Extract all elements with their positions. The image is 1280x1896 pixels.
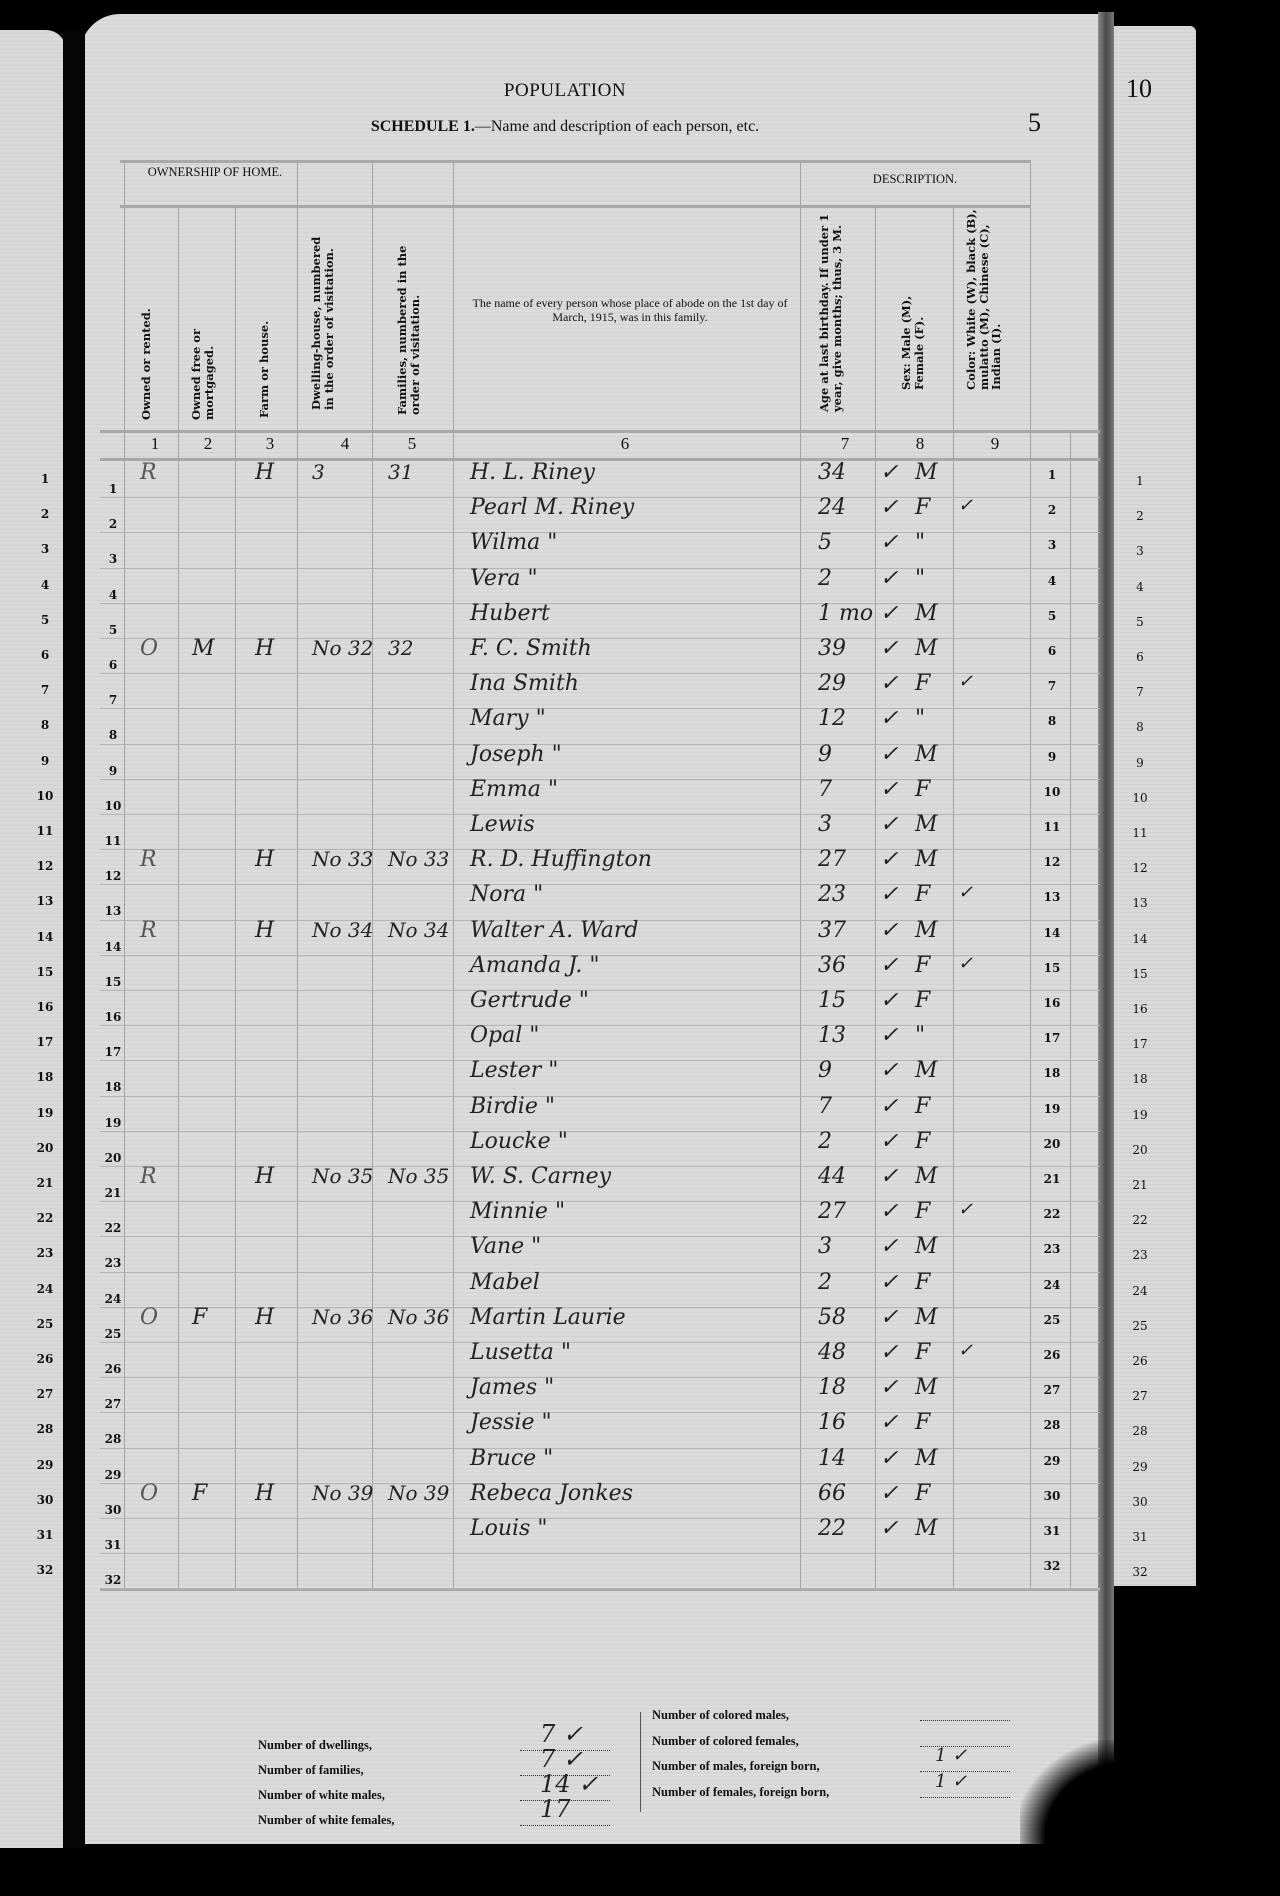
row-rule bbox=[100, 638, 1100, 639]
person-name-cell: W. S. Carney bbox=[470, 1164, 611, 1189]
tally-check-icon: ✓ bbox=[880, 1058, 898, 1083]
row-rule bbox=[100, 1342, 1100, 1343]
row-rule bbox=[100, 1025, 1100, 1026]
next-page-number: 10 bbox=[1126, 74, 1152, 104]
col7-header: Age at last birthday. If under 1 year, g… bbox=[818, 212, 843, 412]
color-cell: ✓ bbox=[958, 1199, 973, 1220]
line-number-right: 19 bbox=[1037, 1102, 1067, 1116]
owned-rented-cell: O bbox=[140, 636, 158, 661]
col-number: 9 bbox=[980, 434, 1010, 454]
col4-header: Dwelling-house, numbered in the order of… bbox=[310, 235, 335, 410]
col-number: 1 bbox=[140, 434, 170, 454]
line-number-left: 29 bbox=[98, 1468, 128, 1482]
line-number-left: 28 bbox=[98, 1432, 128, 1446]
age-cell: 1 mo bbox=[818, 601, 873, 626]
summary-value: 17 bbox=[540, 1795, 571, 1823]
left-page-line-number: 12 bbox=[30, 859, 60, 873]
left-page-line-number: 23 bbox=[30, 1246, 60, 1260]
owned-rented-cell: R bbox=[140, 847, 157, 872]
col3-header: Farm or house. bbox=[258, 218, 271, 418]
tally-check-icon: ✓ bbox=[880, 1129, 898, 1154]
dwelling-number-cell: 3 bbox=[312, 460, 325, 484]
person-name-cell: Gertrude " bbox=[470, 988, 589, 1013]
sex-cell: M bbox=[915, 636, 938, 661]
sex-cell: M bbox=[915, 1305, 938, 1330]
sex-cell: M bbox=[915, 460, 938, 485]
summary-divider bbox=[640, 1712, 641, 1812]
person-name-cell: R. D. Huffington bbox=[470, 847, 652, 872]
summary-label: Number of males, foreign born, bbox=[652, 1759, 820, 1774]
summary-label: Number of dwellings, bbox=[258, 1738, 372, 1753]
tally-check-icon: ✓ bbox=[880, 1270, 898, 1295]
left-page-line-number: 16 bbox=[30, 1000, 60, 1014]
line-number-left: 18 bbox=[98, 1080, 128, 1094]
sex-cell: F bbox=[915, 1410, 930, 1435]
age-cell: 2 bbox=[818, 566, 832, 591]
age-cell: 34 bbox=[818, 460, 846, 485]
description-group-header: DESCRIPTION. bbox=[800, 172, 1030, 187]
next-page-line-number: 15 bbox=[1125, 967, 1155, 981]
sex-cell: F bbox=[915, 1094, 930, 1119]
line-number-right: 26 bbox=[1037, 1348, 1067, 1362]
farm-house-cell: H bbox=[255, 1305, 274, 1330]
left-page-line-number: 21 bbox=[30, 1176, 60, 1190]
summary-label: Number of colored females, bbox=[652, 1734, 799, 1749]
sex-cell: M bbox=[915, 1375, 938, 1400]
row-rule bbox=[100, 1131, 1100, 1132]
summary-dots bbox=[920, 1797, 1010, 1798]
person-name-cell: Ina Smith bbox=[470, 671, 579, 696]
col6-header: The name of every person whose place of … bbox=[470, 296, 790, 324]
person-name-cell: Amanda J. " bbox=[470, 953, 599, 978]
row-rule bbox=[100, 568, 1100, 569]
left-page-line-number: 4 bbox=[30, 578, 60, 592]
colnum-rule bbox=[100, 458, 1100, 461]
line-number-right: 20 bbox=[1037, 1137, 1067, 1151]
dwelling-number-cell: No 35 bbox=[312, 1164, 373, 1188]
person-name-cell: Rebeca Jonkes bbox=[470, 1481, 633, 1506]
line-number-left: 30 bbox=[98, 1503, 128, 1517]
sex-cell: " bbox=[915, 566, 925, 591]
tally-check-icon: ✓ bbox=[880, 495, 898, 520]
left-page-line-number: 8 bbox=[30, 718, 60, 732]
line-number-left: 24 bbox=[98, 1292, 128, 1306]
line-number-right: 30 bbox=[1037, 1489, 1067, 1503]
free-mortgaged-cell: F bbox=[192, 1481, 207, 1506]
family-number-cell: No 35 bbox=[388, 1164, 449, 1188]
line-number-right: 15 bbox=[1037, 961, 1067, 975]
line-number-left: 12 bbox=[98, 869, 128, 883]
next-page-strip bbox=[1114, 26, 1196, 1586]
person-name-cell: Jessie " bbox=[470, 1410, 552, 1435]
page-title: POPULATION bbox=[0, 80, 1130, 102]
sex-cell: F bbox=[915, 495, 930, 520]
color-cell: ✓ bbox=[958, 882, 973, 903]
next-page-line-number: 17 bbox=[1125, 1037, 1155, 1051]
col-number: 8 bbox=[905, 434, 935, 454]
sex-cell: F bbox=[915, 1129, 930, 1154]
next-page-line-number: 24 bbox=[1125, 1284, 1155, 1298]
col-divider bbox=[800, 160, 801, 1590]
line-number-left: 7 bbox=[98, 693, 128, 707]
person-name-cell: Pearl M. Riney bbox=[470, 495, 634, 520]
next-page-line-number: 6 bbox=[1125, 650, 1155, 664]
next-page-line-number: 4 bbox=[1125, 580, 1155, 594]
tally-check-icon: ✓ bbox=[880, 1023, 898, 1048]
tally-check-icon: ✓ bbox=[880, 1164, 898, 1189]
summary-dots bbox=[920, 1720, 1010, 1721]
next-page-line-number: 1 bbox=[1125, 474, 1155, 488]
age-cell: 15 bbox=[818, 988, 846, 1013]
page-number: 5 bbox=[1028, 108, 1041, 138]
left-page-line-number: 32 bbox=[30, 1563, 60, 1577]
age-cell: 12 bbox=[818, 706, 846, 731]
line-number-left: 2 bbox=[98, 517, 128, 531]
person-name-cell: Emma " bbox=[470, 777, 558, 802]
color-cell: ✓ bbox=[958, 671, 973, 692]
left-page-line-number: 6 bbox=[30, 648, 60, 662]
left-page-line-number: 9 bbox=[30, 754, 60, 768]
sex-cell: F bbox=[915, 953, 930, 978]
age-cell: 27 bbox=[818, 1199, 846, 1224]
dwelling-number-cell: No 39 bbox=[312, 1481, 373, 1505]
person-name-cell: Mary " bbox=[470, 706, 546, 731]
line-number-right: 23 bbox=[1037, 1242, 1067, 1256]
next-page-line-number: 28 bbox=[1125, 1424, 1155, 1438]
sex-cell: M bbox=[915, 1446, 938, 1471]
line-number-right: 22 bbox=[1037, 1207, 1067, 1221]
col-divider bbox=[372, 160, 373, 1590]
tally-check-icon: ✓ bbox=[880, 566, 898, 591]
line-number-right: 3 bbox=[1037, 538, 1067, 552]
tally-check-icon: ✓ bbox=[880, 812, 898, 837]
sex-cell: M bbox=[915, 1234, 938, 1259]
sex-cell: M bbox=[915, 847, 938, 872]
line-number-left: 17 bbox=[98, 1045, 128, 1059]
col-divider bbox=[875, 205, 876, 1590]
next-page-line-number: 12 bbox=[1125, 861, 1155, 875]
summary-label: Number of families, bbox=[258, 1763, 364, 1778]
family-number-cell: 31 bbox=[388, 460, 413, 484]
row-rule bbox=[100, 1412, 1100, 1413]
person-name-cell: Louis " bbox=[470, 1516, 547, 1541]
col2-header: Owned free or mortgaged. bbox=[190, 290, 215, 420]
line-number-left: 4 bbox=[98, 588, 128, 602]
line-number-left: 8 bbox=[98, 728, 128, 742]
farm-house-cell: H bbox=[255, 918, 274, 943]
col-number: 6 bbox=[610, 434, 640, 454]
person-name-cell: Walter A. Ward bbox=[470, 918, 639, 943]
tally-check-icon: ✓ bbox=[880, 530, 898, 555]
age-cell: 16 bbox=[818, 1410, 846, 1435]
sex-cell: F bbox=[915, 671, 930, 696]
line-number-left: 16 bbox=[98, 1010, 128, 1024]
line-number-right: 27 bbox=[1037, 1383, 1067, 1397]
header-bottom-rule bbox=[100, 430, 1100, 433]
line-number-left: 20 bbox=[98, 1151, 128, 1165]
left-page-line-number: 13 bbox=[30, 894, 60, 908]
sex-cell: M bbox=[915, 1058, 938, 1083]
tally-check-icon: ✓ bbox=[880, 1305, 898, 1330]
line-number-right: 9 bbox=[1037, 750, 1067, 764]
age-cell: 29 bbox=[818, 671, 846, 696]
family-number-cell: No 36 bbox=[388, 1305, 449, 1329]
age-cell: 2 bbox=[818, 1270, 832, 1295]
sex-cell: " bbox=[915, 706, 925, 731]
row-rule bbox=[100, 990, 1100, 991]
left-page-line-number: 29 bbox=[30, 1458, 60, 1472]
next-page-line-number: 10 bbox=[1125, 791, 1155, 805]
person-name-cell: Mabel bbox=[470, 1270, 540, 1295]
next-page-line-number: 31 bbox=[1125, 1530, 1155, 1544]
row-rule bbox=[100, 1377, 1100, 1378]
tally-check-icon: ✓ bbox=[880, 706, 898, 731]
col-divider bbox=[178, 205, 179, 1590]
sex-cell: F bbox=[915, 988, 930, 1013]
line-number-right: 14 bbox=[1037, 926, 1067, 940]
row-rule bbox=[100, 1060, 1100, 1061]
next-page-line-number: 13 bbox=[1125, 896, 1155, 910]
age-cell: 48 bbox=[818, 1340, 846, 1365]
row-rule bbox=[100, 955, 1100, 956]
owned-rented-cell: O bbox=[140, 1481, 158, 1506]
sex-cell: M bbox=[915, 812, 938, 837]
tally-check-icon: ✓ bbox=[880, 1481, 898, 1506]
line-number-left: 25 bbox=[98, 1327, 128, 1341]
line-number-left: 14 bbox=[98, 940, 128, 954]
left-page-line-number: 28 bbox=[30, 1422, 60, 1436]
sex-cell: M bbox=[915, 1164, 938, 1189]
next-page-line-number: 30 bbox=[1125, 1495, 1155, 1509]
line-number-right: 13 bbox=[1037, 890, 1067, 904]
col-divider bbox=[235, 205, 236, 1590]
line-number-right: 21 bbox=[1037, 1172, 1067, 1186]
sex-cell: M bbox=[915, 742, 938, 767]
tally-check-icon: ✓ bbox=[880, 460, 898, 485]
row-rule bbox=[100, 673, 1100, 674]
scan-border bbox=[0, 1848, 1280, 1896]
line-number-left: 13 bbox=[98, 904, 128, 918]
color-cell: ✓ bbox=[958, 953, 973, 974]
tally-check-icon: ✓ bbox=[880, 1410, 898, 1435]
line-number-left: 23 bbox=[98, 1256, 128, 1270]
tally-check-icon: ✓ bbox=[880, 882, 898, 907]
next-page-line-number: 29 bbox=[1125, 1460, 1155, 1474]
line-number-left: 15 bbox=[98, 975, 128, 989]
left-page-line-number: 11 bbox=[30, 824, 60, 838]
ownership-group-header: OWNERSHIP OF HOME. bbox=[140, 165, 290, 180]
schedule-description: —Name and description of each person, et… bbox=[475, 118, 759, 135]
line-number-right: 18 bbox=[1037, 1066, 1067, 1080]
age-cell: 9 bbox=[818, 1058, 832, 1083]
age-cell: 36 bbox=[818, 953, 846, 978]
next-page-line-number: 3 bbox=[1125, 544, 1155, 558]
person-name-cell: Nora " bbox=[470, 882, 543, 907]
age-cell: 23 bbox=[818, 882, 846, 907]
row-rule bbox=[100, 1272, 1100, 1273]
person-name-cell: Birdie " bbox=[470, 1094, 555, 1119]
line-number-left: 10 bbox=[98, 799, 128, 813]
left-page-line-number: 17 bbox=[30, 1035, 60, 1049]
farm-house-cell: H bbox=[255, 847, 274, 872]
next-page-line-number: 19 bbox=[1125, 1108, 1155, 1122]
line-number-right: 17 bbox=[1037, 1031, 1067, 1045]
person-name-cell: Vane " bbox=[470, 1234, 541, 1259]
person-name-cell: F. C. Smith bbox=[470, 636, 592, 661]
person-name-cell: Joseph " bbox=[470, 742, 562, 767]
tally-check-icon: ✓ bbox=[880, 1234, 898, 1259]
left-page-line-number: 14 bbox=[30, 930, 60, 944]
next-page-line-number: 8 bbox=[1125, 720, 1155, 734]
dwelling-number-cell: No 36 bbox=[312, 1305, 373, 1329]
left-page-line-number: 3 bbox=[30, 542, 60, 556]
person-name-cell: Lewis bbox=[470, 812, 535, 837]
person-name-cell: Loucke " bbox=[470, 1129, 568, 1154]
line-number-left: 32 bbox=[98, 1573, 128, 1587]
sex-cell: M bbox=[915, 918, 938, 943]
header-top-rule bbox=[120, 160, 1030, 163]
left-page-line-number: 20 bbox=[30, 1141, 60, 1155]
age-cell: 7 bbox=[818, 1094, 832, 1119]
left-page-line-number: 26 bbox=[30, 1352, 60, 1366]
age-cell: 44 bbox=[818, 1164, 846, 1189]
left-page-line-number: 18 bbox=[30, 1070, 60, 1084]
sex-cell: F bbox=[915, 1340, 930, 1365]
line-number-left: 3 bbox=[98, 552, 128, 566]
person-name-cell: Bruce " bbox=[470, 1446, 553, 1471]
line-number-right: 29 bbox=[1037, 1454, 1067, 1468]
next-page-line-number: 21 bbox=[1125, 1178, 1155, 1192]
age-cell: 18 bbox=[818, 1375, 846, 1400]
row-rule bbox=[100, 1553, 1100, 1554]
line-number-right: 28 bbox=[1037, 1418, 1067, 1432]
col-divider bbox=[953, 205, 954, 1590]
next-page-line-number: 5 bbox=[1125, 615, 1155, 629]
tally-check-icon: ✓ bbox=[880, 1446, 898, 1471]
line-number-right: 25 bbox=[1037, 1313, 1067, 1327]
line-number-left: 11 bbox=[98, 834, 128, 848]
person-name-cell: Lusetta " bbox=[470, 1340, 571, 1365]
age-cell: 37 bbox=[818, 918, 846, 943]
tally-check-icon: ✓ bbox=[880, 847, 898, 872]
family-number-cell: No 34 bbox=[388, 918, 449, 942]
family-number-cell: No 33 bbox=[388, 847, 449, 871]
row-rule bbox=[100, 532, 1100, 533]
next-page-line-number: 23 bbox=[1125, 1248, 1155, 1262]
person-name-cell: Vera " bbox=[470, 566, 538, 591]
row-rule bbox=[100, 1588, 1100, 1589]
col-number: 2 bbox=[193, 434, 223, 454]
line-number-left: 21 bbox=[98, 1186, 128, 1200]
line-number-right: 2 bbox=[1037, 503, 1067, 517]
col-divider bbox=[453, 160, 454, 1590]
line-number-right: 5 bbox=[1037, 609, 1067, 623]
line-number-right: 12 bbox=[1037, 855, 1067, 869]
line-number-left: 19 bbox=[98, 1116, 128, 1130]
line-number-right: 7 bbox=[1037, 679, 1067, 693]
sex-cell: F bbox=[915, 1481, 930, 1506]
next-page-line-number: 11 bbox=[1125, 826, 1155, 840]
line-number-right: 32 bbox=[1037, 1559, 1067, 1573]
summary-label: Number of white females, bbox=[258, 1813, 395, 1828]
col-divider bbox=[1070, 430, 1071, 1590]
owned-rented-cell: O bbox=[140, 1305, 158, 1330]
page-edge-binding bbox=[1098, 12, 1114, 1842]
color-cell: ✓ bbox=[958, 495, 973, 516]
col-number: 5 bbox=[397, 434, 427, 454]
age-cell: 3 bbox=[818, 812, 832, 837]
age-cell: 58 bbox=[818, 1305, 846, 1330]
next-page-line-number: 25 bbox=[1125, 1319, 1155, 1333]
tally-check-icon: ✓ bbox=[880, 1375, 898, 1400]
row-rule bbox=[100, 744, 1100, 745]
summary-value: 1 ✓ bbox=[935, 1771, 967, 1792]
row-rule bbox=[100, 1518, 1100, 1519]
age-cell: 22 bbox=[818, 1516, 846, 1541]
line-number-left: 22 bbox=[98, 1221, 128, 1235]
summary-value: 14 ✓ bbox=[540, 1770, 598, 1798]
sex-cell: F bbox=[915, 882, 930, 907]
line-number-right: 24 bbox=[1037, 1278, 1067, 1292]
age-cell: 13 bbox=[818, 1023, 846, 1048]
line-number-left: 1 bbox=[98, 482, 128, 496]
owned-rented-cell: R bbox=[140, 460, 157, 485]
left-page-line-number: 10 bbox=[30, 789, 60, 803]
summary-value: 1 ✓ bbox=[935, 1745, 967, 1766]
farm-house-cell: H bbox=[255, 636, 274, 661]
left-page-line-number: 1 bbox=[30, 472, 60, 486]
tally-check-icon: ✓ bbox=[880, 636, 898, 661]
next-page-line-number: 7 bbox=[1125, 685, 1155, 699]
dwelling-number-cell: No 33 bbox=[312, 847, 373, 871]
tally-check-icon: ✓ bbox=[880, 742, 898, 767]
age-cell: 14 bbox=[818, 1446, 846, 1471]
tally-check-icon: ✓ bbox=[880, 953, 898, 978]
person-name-cell: Opal " bbox=[470, 1023, 539, 1048]
row-rule bbox=[100, 1096, 1100, 1097]
age-cell: 3 bbox=[818, 1234, 832, 1259]
left-page-line-number: 5 bbox=[30, 613, 60, 627]
next-page-line-number: 14 bbox=[1125, 932, 1155, 946]
left-page-line-number: 24 bbox=[30, 1282, 60, 1296]
col-divider bbox=[1030, 160, 1031, 1590]
sex-cell: M bbox=[915, 1516, 938, 1541]
left-page-line-number: 25 bbox=[30, 1317, 60, 1331]
tally-check-icon: ✓ bbox=[880, 1199, 898, 1224]
left-page-line-number: 2 bbox=[30, 507, 60, 521]
col8-header: Sex: Male (M), Female (F). bbox=[900, 250, 925, 390]
person-name-cell: Lester " bbox=[470, 1058, 558, 1083]
person-name-cell: Minnie " bbox=[470, 1199, 565, 1224]
line-number-right: 4 bbox=[1037, 574, 1067, 588]
summary-value: 7 ✓ bbox=[540, 1745, 583, 1773]
summary-dots bbox=[520, 1825, 610, 1826]
summary-value: 7 ✓ bbox=[540, 1720, 583, 1748]
next-page-line-number: 16 bbox=[1125, 1002, 1155, 1016]
free-mortgaged-cell: F bbox=[192, 1305, 207, 1330]
col1-header: Owned or rented. bbox=[140, 210, 153, 420]
age-cell: 39 bbox=[818, 636, 846, 661]
summary-label: Number of females, foreign born, bbox=[652, 1785, 829, 1800]
line-number-right: 11 bbox=[1037, 820, 1067, 834]
person-name-cell: James " bbox=[470, 1375, 554, 1400]
farm-house-cell: H bbox=[255, 460, 274, 485]
row-rule bbox=[100, 814, 1100, 815]
row-rule bbox=[100, 603, 1100, 604]
row-rule bbox=[100, 708, 1100, 709]
farm-house-cell: H bbox=[255, 1164, 274, 1189]
line-number-right: 31 bbox=[1037, 1524, 1067, 1538]
